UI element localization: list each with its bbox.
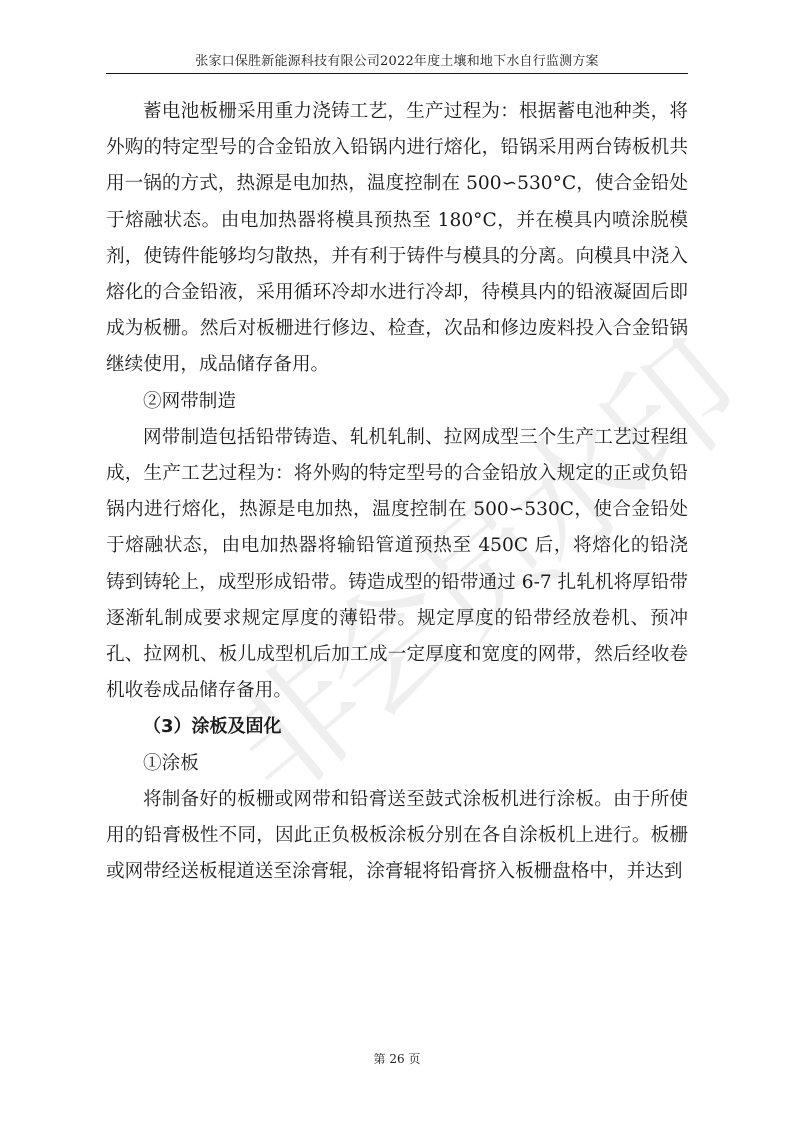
page-number: 第 26 页	[0, 1050, 794, 1067]
paragraph-mesh-belt: 网带制造包括铅带铸造、轧机轧制、拉网成型三个生产工艺过程组成，生产工艺过程为：将…	[106, 420, 688, 710]
header-divider	[106, 73, 688, 74]
document-header: 张家口保胜新能源科技有限公司2022年度土壤和地下水自行监测方案	[106, 50, 688, 69]
section-heading-coating-curing: （3）涂板及固化	[106, 709, 688, 745]
paragraph-coating: 将制备好的板栅或网带和铅膏送至鼓式涂板机进行涂板。由于所使用的铅膏极性不同，因此…	[106, 782, 688, 891]
paragraph-grid-casting: 蓄电池板栅采用重力浇铸工艺，生产过程为：根据蓄电池种类，将外购的特定型号的合金铅…	[106, 94, 688, 384]
subheading-mesh-belt: ②网带制造	[106, 384, 688, 420]
document-body: 蓄电池板栅采用重力浇铸工艺，生产过程为：根据蓄电池种类，将外购的特定型号的合金铅…	[106, 94, 688, 890]
subheading-coating: ①涂板	[106, 746, 688, 782]
